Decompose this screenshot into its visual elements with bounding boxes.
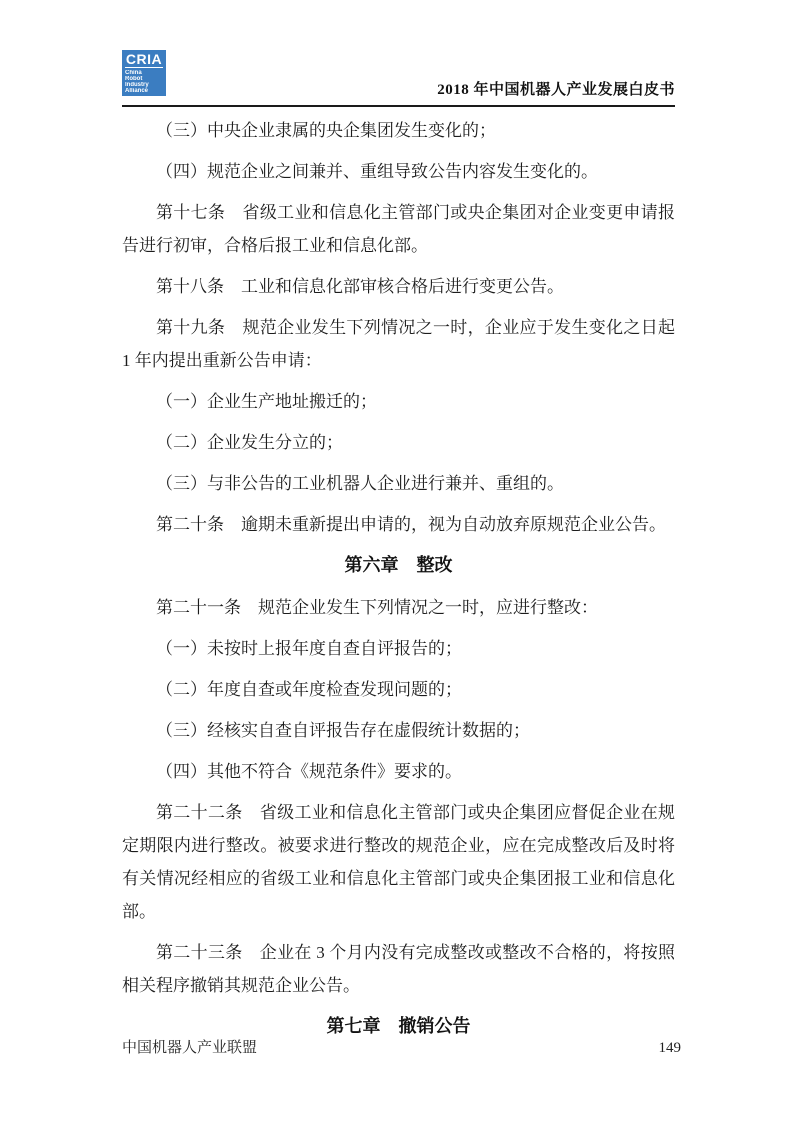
footer-organization: 中国机器人产业联盟 (122, 1036, 257, 1057)
chapter-heading: 第六章 整改 (122, 549, 675, 582)
document-body: （三）中央企业隶属的央企集团发生变化的；（四）规范企业之间兼并、重组导致公告内容… (122, 114, 675, 1052)
cria-logo-line-4: Alliance (125, 88, 163, 94)
paragraph: 第二十条 逾期未重新提出申请的，视为自动放弃原规范企业公告。 (122, 508, 675, 541)
paragraph: 第十七条 省级工业和信息化主管部门或央企集团对企业变更申请报告进行初审，合格后报… (122, 196, 675, 262)
paragraph: 第二十三条 企业在 3 个月内没有完成整改或整改不合格的，将按照相关程序撤销其规… (122, 936, 675, 1002)
page-footer: 中国机器人产业联盟 149 (122, 1036, 681, 1057)
cria-logo: CRIA China Robot Industry Alliance (122, 50, 166, 96)
paragraph: （二）年度自查或年度检查发现问题的； (122, 673, 675, 706)
paragraph: （三）经核实自查自评报告存在虚假统计数据的； (122, 714, 675, 747)
paragraph: （一）企业生产地址搬迁的； (122, 385, 675, 418)
paragraph: （三）与非公告的工业机器人企业进行兼并、重组的。 (122, 467, 675, 500)
paragraph: （四）其他不符合《规范条件》要求的。 (122, 755, 675, 788)
paragraph: （一）未按时上报年度自查自评报告的； (122, 632, 675, 665)
paragraph: 第十九条 规范企业发生下列情况之一时，企业应于发生变化之日起 1 年内提出重新公… (122, 311, 675, 377)
page-header: CRIA China Robot Industry Alliance 2018 … (122, 50, 675, 107)
paragraph: 第二十二条 省级工业和信息化主管部门或央企集团应督促企业在规定期限内进行整改。被… (122, 796, 675, 928)
paragraph: （四）规范企业之间兼并、重组导致公告内容发生变化的。 (122, 155, 675, 188)
paragraph: 第十八条 工业和信息化部审核合格后进行变更公告。 (122, 270, 675, 303)
paragraph: 第二十一条 规范企业发生下列情况之一时，应进行整改： (122, 591, 675, 624)
document-page: CRIA China Robot Industry Alliance 2018 … (0, 0, 793, 1122)
paragraph: （二）企业发生分立的； (122, 426, 675, 459)
page-number: 149 (659, 1040, 682, 1057)
paragraph: （三）中央企业隶属的央企集团发生变化的； (122, 114, 675, 147)
header-title: 2018 年中国机器人产业发展白皮书 (437, 78, 675, 99)
cria-logo-acronym: CRIA (125, 52, 163, 68)
